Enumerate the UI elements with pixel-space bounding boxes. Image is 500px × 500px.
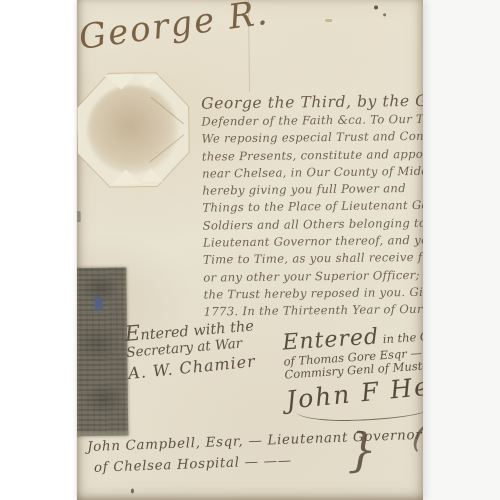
- stamp-blue-mark: [95, 297, 103, 311]
- musters-entry-rest: in the Office: [379, 328, 423, 347]
- photo-background: George R. George the Third, by the Grac …: [0, 0, 500, 500]
- stain-mark: [325, 19, 332, 22]
- embossed-paper-seal: [77, 72, 190, 188]
- royal-signature: George R.: [77, 0, 310, 58]
- ink-speck: [383, 13, 386, 16]
- ink-speck: [131, 488, 134, 493]
- musters-office-entry: Entered in the Office of Thomas Gore Esq…: [282, 318, 423, 425]
- document-content: George R. George the Third, by the Grac …: [77, 0, 423, 500]
- revenue-stamp-strip: [77, 268, 128, 437]
- signature-flourish: [295, 405, 423, 423]
- ink-speck: [374, 5, 378, 9]
- commission-body-text: George the Third, by the Grac Defender o…: [201, 92, 423, 321]
- document-paper: George R. George the Third, by the Grac …: [77, 0, 423, 500]
- war-office-entry: Entered with the Secretary at War A. W. …: [124, 312, 258, 382]
- edge-mark: [77, 211, 81, 222]
- docket-brace: }: [347, 422, 377, 476]
